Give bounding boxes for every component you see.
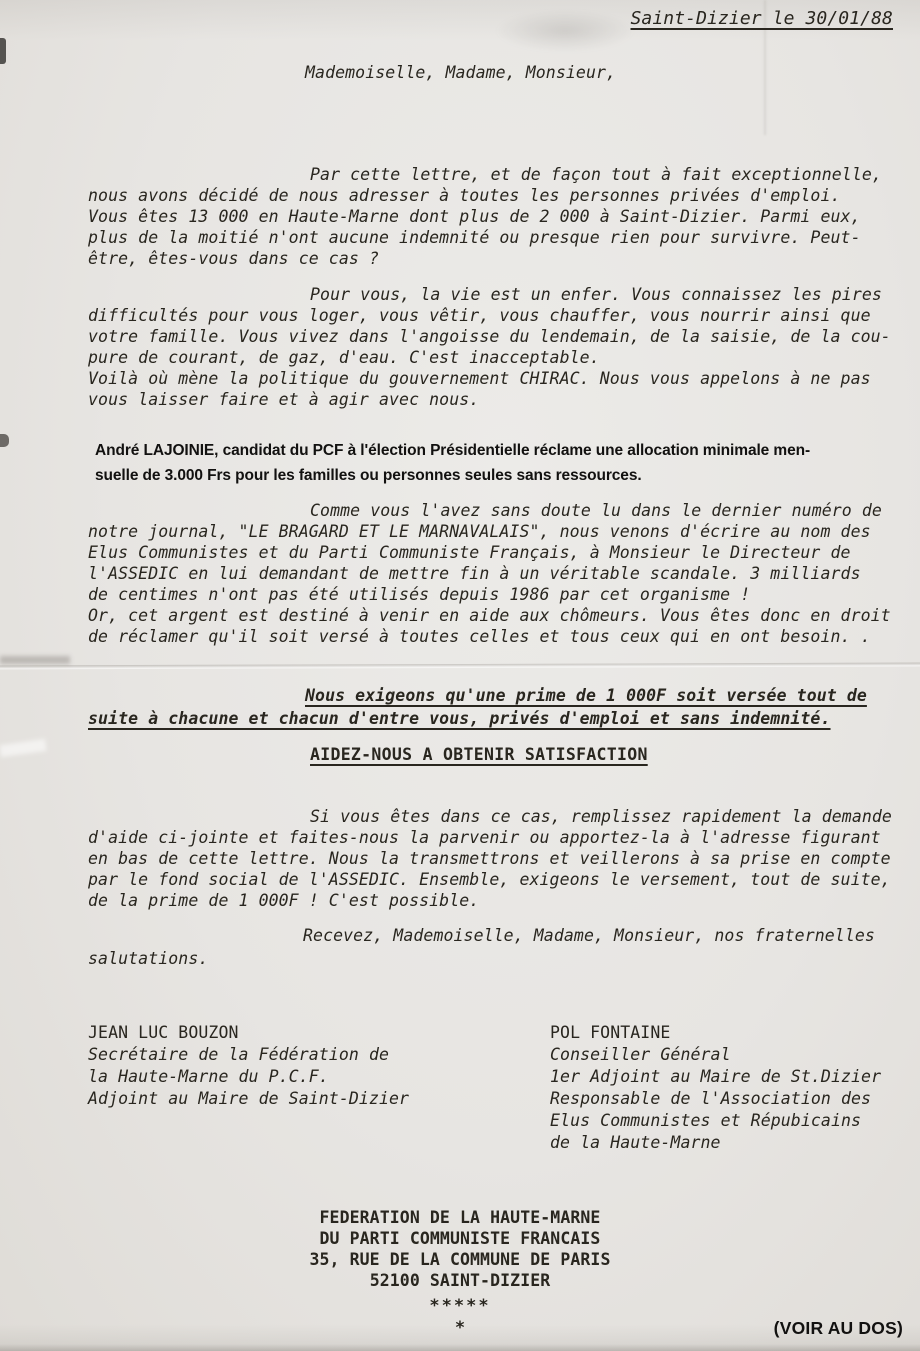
paragraph-3: Comme vous l'avez sans doute lu dans le …	[88, 500, 891, 647]
section-heading: AIDEZ-NOUS A OBTENIR SATISFACTION	[310, 744, 648, 765]
paragraph-4: Si vous êtes dans ce cas, remplissez rap…	[88, 806, 892, 911]
scanned-letter-page: Saint-Dizier le 30/01/88 Mademoiselle, M…	[0, 0, 920, 1351]
closing-formula: Recevez, Mademoiselle, Madame, Monsieur,…	[88, 924, 875, 970]
fold-crease-left-shadow	[0, 656, 70, 664]
salutation: Mademoiselle, Madame, Monsieur,	[305, 62, 616, 83]
signatory-left-name: JEAN LUC BOUZON	[88, 1022, 239, 1044]
demand-statement: Nous exigeons qu'une prime de 1 000F soi…	[88, 684, 867, 730]
verso-note: (VOIR AU DOS)	[774, 1317, 903, 1339]
fold-crease	[0, 663, 920, 670]
signatory-right-name: POL FONTAINE	[550, 1022, 670, 1044]
federation-address: FEDERATION DE LA HAUTE-MARNE DU PARTI CO…	[0, 1207, 920, 1291]
ghost-smudge	[495, 10, 635, 52]
dateline: Saint-Dizier le 30/01/88	[631, 6, 894, 32]
separator-stars: *****	[0, 1296, 920, 1317]
signatory-left-titles: Secrétaire de la Fédération de la Haute-…	[88, 1044, 409, 1110]
lajoinie-statement: André LAJOINIE, candidat du PCF à l'élec…	[95, 438, 810, 488]
bottom-edge-shadow	[0, 1344, 920, 1351]
signatory-right-titles: Conseiller Général 1er Adjoint au Maire …	[550, 1044, 881, 1154]
paragraph-2: Pour vous, la vie est un enfer. Vous con…	[88, 284, 891, 410]
paragraph-1: Par cette lettre, et de façon tout à fai…	[88, 164, 882, 269]
left-edge-mark-middle	[0, 434, 9, 447]
left-edge-crease-light	[0, 739, 47, 757]
left-edge-mark-top	[0, 38, 6, 64]
